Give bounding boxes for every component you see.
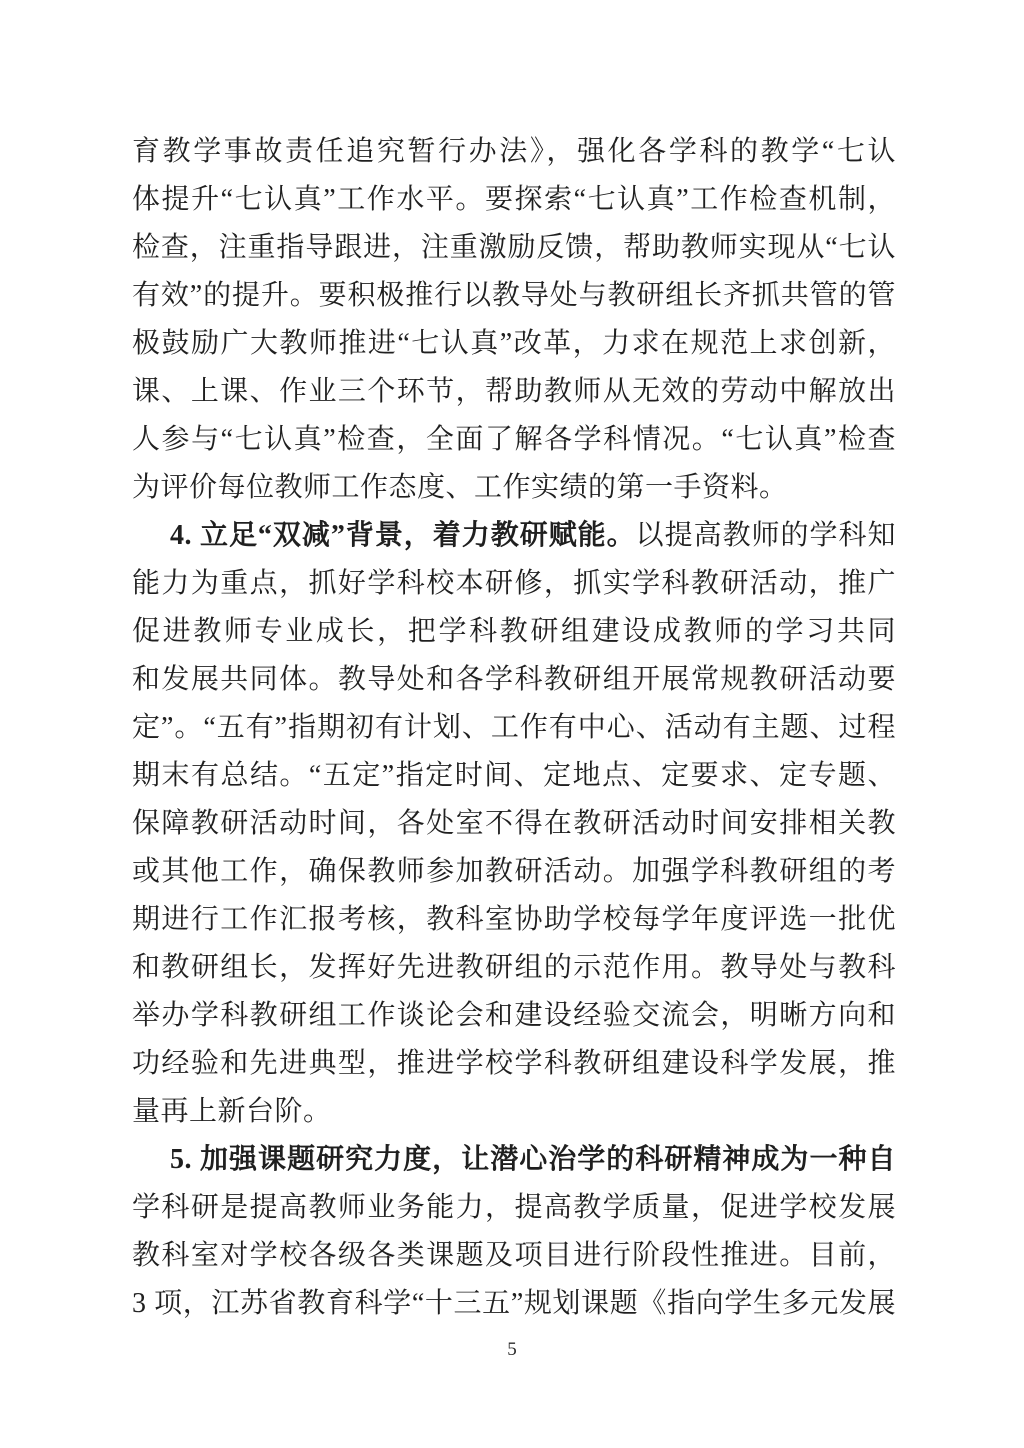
body-text: 定”。“五有”指期初有计划、工作有中心、活动有主题、过程有记录、 — [132, 712, 896, 752]
body-text: 期末有总结。“五定”指定时间、定地点、定要求、定专题、定发言人。 — [132, 760, 896, 800]
body-text: 人参与“七认真”检查，全面了解各学科情况。“七认真”检查结果要作 — [132, 424, 896, 464]
body-text: 量再上新台阶。 — [132, 1096, 332, 1127]
body-text: 体提升“七认真”工作水平。要探索“七认真”工作检查机制，注重主题 — [132, 184, 896, 224]
document-text: 育教学事故责任追究暂行办法》，强化各学科的教学“七认真”工作，整体提升“七认真”… — [132, 128, 896, 1328]
text-line: 为评价每位教师工作态度、工作实绩的第一手资料。 — [132, 464, 896, 512]
text-line: 举办学科教研组工作谈论会和建设经验交流会，明晰方向和内容，推广成 — [132, 992, 896, 1040]
body-text: 保障教研活动时间，各处室不得在教研活动时间安排相关教师的教学任务 — [132, 808, 896, 848]
body-text: 学科研是提高教师业务能力，提高教学质量，促进学校发展的有效途径。 — [132, 1192, 896, 1232]
text-line: 期末有总结。“五定”指定时间、定地点、定要求、定专题、定发言人。 — [132, 752, 896, 800]
body-text: 促进教师专业成长，把学科教研组建设成教师的学习共同体、研修共同体 — [132, 616, 896, 656]
text-line: 和发展共同体。教导处和各学科教研组开展常规教研活动要做到“五有五 — [132, 656, 896, 704]
text-line: 期进行工作汇报考核，教科室协助学校每学年度评选一批优秀学科教研组 — [132, 896, 896, 944]
text-line: 极鼓励广大教师推进“七认真”改革，力求在规范上求创新，重点监控备 — [132, 320, 896, 368]
body-text: 课、上课、作业三个环节，帮助教师从无效的劳动中解放出来。行政要人 — [132, 376, 896, 416]
text-line: 定”。“五有”指期初有计划、工作有中心、活动有主题、过程有记录、 — [132, 704, 896, 752]
text-line: 有效”的提升。要积极推行以教导处与教研组长齐抓共管的管理模式，积 — [132, 272, 896, 320]
text-line: 和教研组长，发挥好先进教研组的示范作用。教导处与教科室每学期初可 — [132, 944, 896, 992]
text-line: 教科室对学校各级各类课题及项目进行阶段性推进。目前，我校现有课题 — [132, 1232, 896, 1280]
text-line: 4. 立足“双减”背景，着力教研赋能。以提高教师的学科知识和专业 — [132, 512, 896, 560]
text-line: 量再上新台阶。 — [132, 1088, 896, 1136]
page-number: 5 — [0, 1336, 1024, 1364]
text-line: 促进教师专业成长，把学科教研组建设成教师的学习共同体、研修共同体 — [132, 608, 896, 656]
text-line: 能力为重点，抓好学科校本研修，抓实学科教研活动，推广优秀教研成果， — [132, 560, 896, 608]
body-text: 举办学科教研组工作谈论会和建设经验交流会，明晰方向和内容，推广成 — [132, 1000, 896, 1040]
body-text: 和发展共同体。教导处和各学科教研组开展常规教研活动要做到“五有五 — [132, 664, 896, 704]
body-text: 育教学事故责任追究暂行办法》，强化各学科的教学“七认真”工作，整 — [132, 136, 896, 176]
body-text: 功经验和先进典型，推进学校学科教研组建设科学发展，推动学校教育质 — [132, 1048, 896, 1088]
body-text: 3 项，江苏省教育科学“十三五”规划课题《指向学生多元发展的校本课 — [132, 1288, 896, 1328]
text-line: 育教学事故责任追究暂行办法》，强化各学科的教学“七认真”工作，整 — [132, 128, 896, 176]
text-line: 学科研是提高教师业务能力，提高教学质量，促进学校发展的有效途径。 — [132, 1184, 896, 1232]
text-line: 人参与“七认真”检查，全面了解各学科情况。“七认真”检查结果要作 — [132, 416, 896, 464]
section-heading-text: 5. 加强课题研究力度，让潜心治学的科研精神成为一种自觉。 — [132, 1144, 896, 1184]
text-line: 5. 加强课题研究力度，让潜心治学的科研精神成为一种自觉。教育教 — [132, 1136, 896, 1184]
body-text: 期进行工作汇报考核，教科室协助学校每学年度评选一批优秀学科教研组 — [132, 904, 896, 944]
body-text: 极鼓励广大教师推进“七认真”改革，力求在规范上求创新，重点监控备 — [132, 328, 896, 368]
text-line: 检查，注重指导跟进，注重激励反馈，帮助教师实现从“七认真”向“七 — [132, 224, 896, 272]
text-line: 保障教研活动时间，各处室不得在教研活动时间安排相关教师的教学任务 — [132, 800, 896, 848]
body-text: 有效”的提升。要积极推行以教导处与教研组长齐抓共管的管理模式，积 — [132, 280, 896, 320]
text-line: 3 项，江苏省教育科学“十三五”规划课题《指向学生多元发展的校本课 — [132, 1280, 896, 1328]
body-text: 检查，注重指导跟进，注重激励反馈，帮助教师实现从“七认真”向“七 — [132, 232, 896, 272]
section-heading-text: 4. 立足“双减”背景，着力教研赋能。 — [170, 520, 636, 551]
body-text: 或其他工作，确保教师参加教研活动。加强学科教研组的考核评估，每学 — [132, 856, 896, 896]
text-line: 或其他工作，确保教师参加教研活动。加强学科教研组的考核评估，每学 — [132, 848, 896, 896]
body-text: 能力为重点，抓好学科校本研修，抓实学科教研活动，推广优秀教研成果， — [132, 568, 896, 608]
text-line: 课、上课、作业三个环节，帮助教师从无效的劳动中解放出来。行政要人 — [132, 368, 896, 416]
body-text: 和教研组长，发挥好先进教研组的示范作用。教导处与教科室每学期初可 — [132, 952, 896, 992]
body-text: 教科室对学校各级各类课题及项目进行阶段性推进。目前，我校现有课题 — [132, 1240, 896, 1280]
text-line: 体提升“七认真”工作水平。要探索“七认真”工作检查机制，注重主题 — [132, 176, 896, 224]
body-text: 为评价每位教师工作态度、工作实绩的第一手资料。 — [132, 472, 788, 503]
document-page: 育教学事故责任追究暂行办法》，强化各学科的教学“七认真”工作，整体提升“七认真”… — [0, 0, 1024, 1448]
text-line: 功经验和先进典型，推进学校学科教研组建设科学发展，推动学校教育质 — [132, 1040, 896, 1088]
